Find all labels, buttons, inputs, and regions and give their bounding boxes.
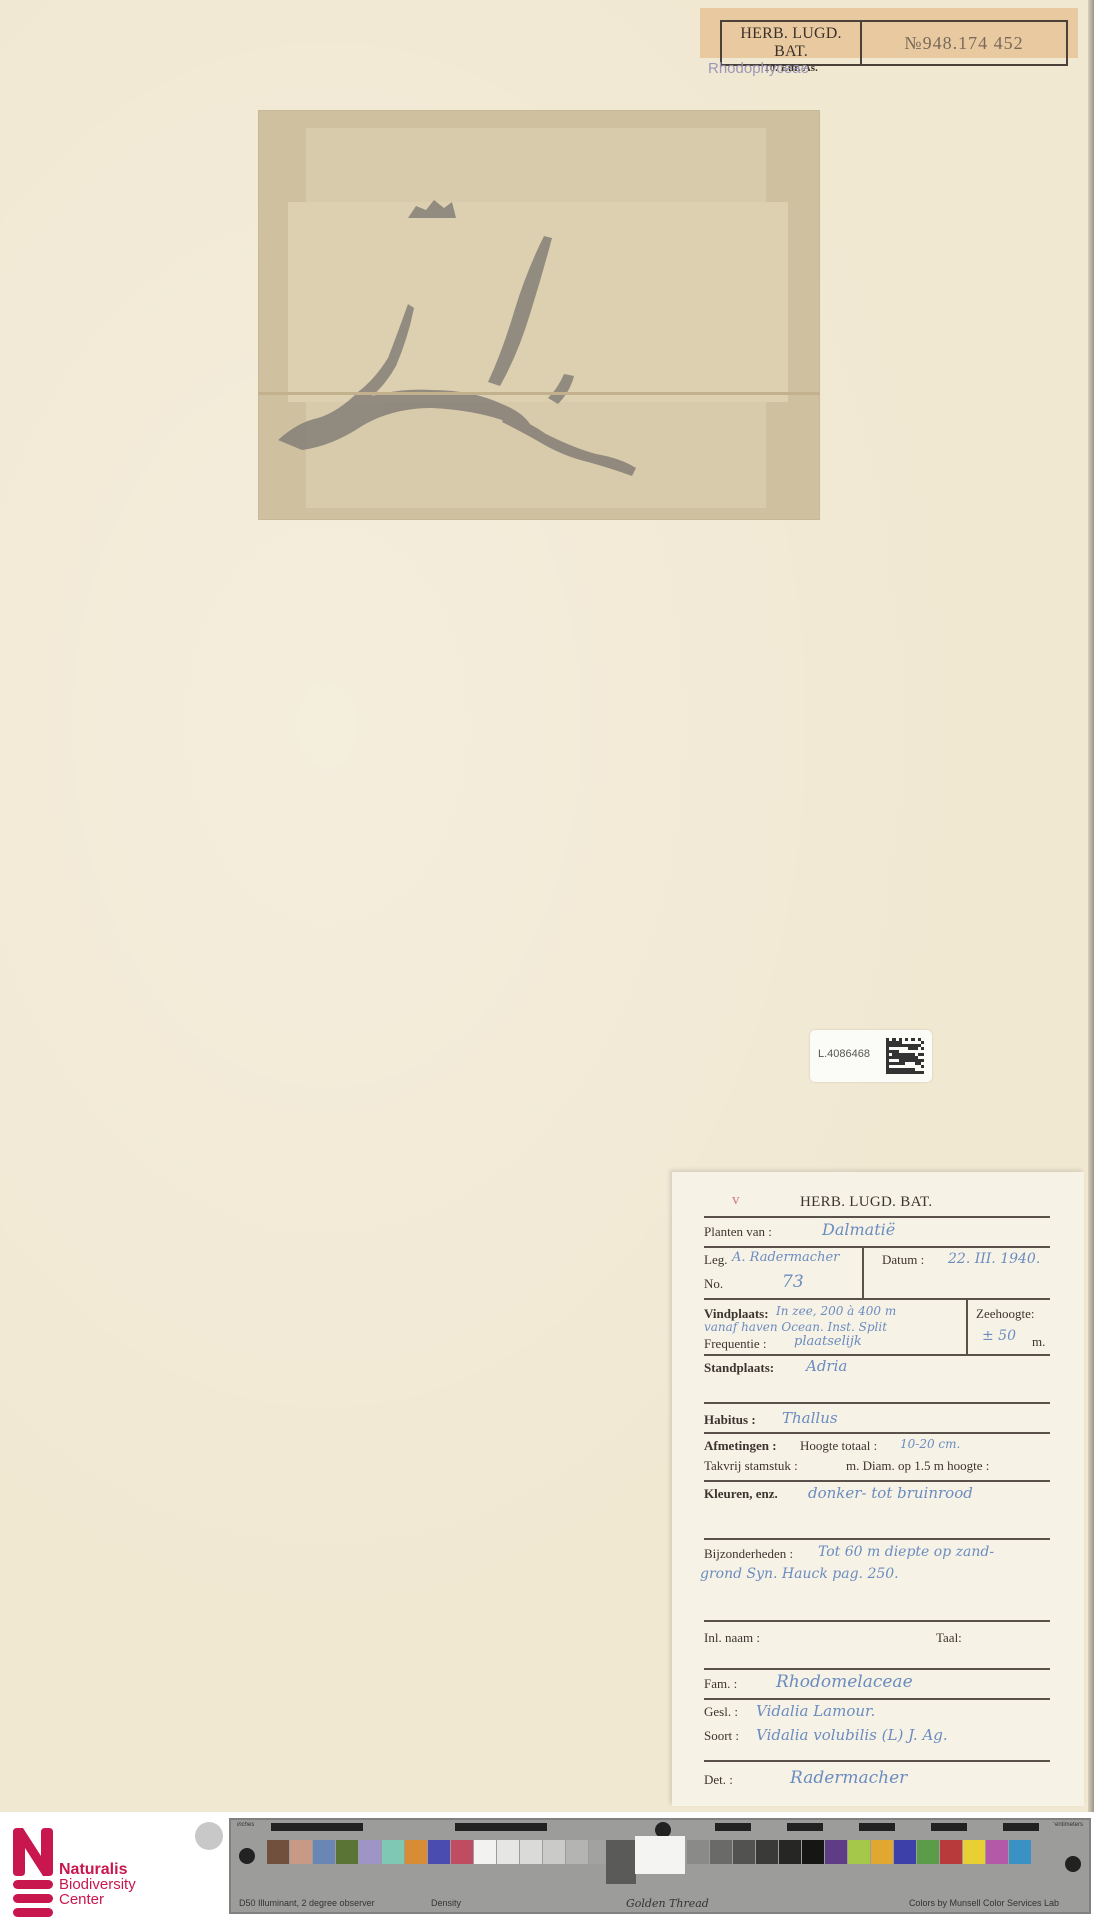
vindplaats-value-2: vanaf haven Ocean. Inst. Split	[704, 1320, 887, 1334]
color-patch-30	[1009, 1840, 1031, 1864]
registration-hole-left	[239, 1848, 255, 1864]
density-label: Density	[431, 1898, 461, 1908]
planten-van-label: Planten van :	[704, 1224, 772, 1240]
color-patch-17	[710, 1840, 732, 1864]
color-patch-26	[917, 1840, 939, 1864]
sheet-number: №948.174 452	[862, 22, 1066, 64]
no-value: 73	[782, 1272, 804, 1292]
standplaats-value: Adria	[806, 1357, 847, 1375]
color-patches-right	[687, 1840, 1032, 1864]
color-patch-16M	[687, 1840, 709, 1864]
leg-value: A. Radermacher	[732, 1250, 839, 1265]
bijzonderheden-value-2: grond Syn. Hauck pag. 250.	[700, 1566, 899, 1582]
habitus-label: Habitus :	[704, 1412, 756, 1428]
specimen-algae-image	[258, 110, 820, 520]
color-patch-5	[359, 1840, 381, 1864]
soort-value: Vidalia volubilis (L) J. Ag.	[756, 1726, 948, 1744]
datum-value: 22. III. 1940.	[948, 1251, 1040, 1267]
naturalis-n-icon	[13, 1828, 53, 1876]
bijzonderheden-label: Bijzonderheden :	[704, 1546, 793, 1562]
fam-label: Fam. :	[704, 1676, 737, 1692]
color-patch-23	[848, 1840, 870, 1864]
hoogte-label: Hoogte totaal :	[800, 1438, 877, 1454]
frequentie-value: plaatselijk	[794, 1334, 862, 1349]
taal-label: Taal:	[936, 1630, 962, 1646]
color-calibration-bar: inches centimeters D50 Illuminant, 2 deg…	[229, 1818, 1091, 1914]
soort-label: Soort :	[704, 1728, 739, 1744]
gesl-label: Gesl. :	[704, 1704, 738, 1720]
specimen-packet	[258, 110, 820, 520]
color-patch-19	[756, 1840, 778, 1864]
munsell-credit: Colors by Munsell Color Services Lab	[909, 1898, 1059, 1908]
barcode-number: L.4086468	[818, 1048, 870, 1060]
color-patch-24	[871, 1840, 893, 1864]
color-patch-2	[290, 1840, 312, 1864]
diam-label: m. Diam. op 1.5 m hoogte :	[846, 1458, 989, 1474]
color-patch-12	[520, 1840, 542, 1864]
gesl-value: Vidalia Lamour.	[756, 1702, 875, 1720]
color-patch-8	[428, 1840, 450, 1864]
zeehoogte-unit: m.	[1032, 1334, 1045, 1350]
det-value: Radermacher	[790, 1768, 907, 1788]
color-patch-3	[313, 1840, 335, 1864]
hoogte-value: 10-20 cm.	[900, 1437, 960, 1451]
color-patch-13	[543, 1840, 565, 1864]
vindplaats-value-1: In zee, 200 à 400 m	[776, 1304, 896, 1318]
gray-wedge	[606, 1840, 636, 1884]
label-title: HERB. LUGD. BAT.	[800, 1194, 932, 1211]
kleuren-value: donker- tot bruinrood	[808, 1484, 973, 1502]
bijzonderheden-value-1: Tot 60 m diepte op zand-	[818, 1544, 994, 1560]
kleuren-label: Kleuren, enz.	[704, 1486, 778, 1502]
color-patch-29	[986, 1840, 1008, 1864]
fam-value: Rhodomelaceae	[776, 1672, 913, 1692]
color-patch-18B	[733, 1840, 755, 1864]
color-patches-left	[267, 1840, 612, 1864]
logo-line-2: Biodiversity	[59, 1877, 136, 1892]
footer: Naturalis Biodiversity Center inches cen…	[0, 1812, 1094, 1920]
color-patch-7	[405, 1840, 427, 1864]
check-mark: v	[732, 1192, 740, 1209]
specimen-label: v HERB. LUGD. BAT. Planten van : Dalmati…	[672, 1172, 1084, 1806]
color-patch-25	[894, 1840, 916, 1864]
color-patch-27	[940, 1840, 962, 1864]
zeehoogte-label: Zeehoogte:	[976, 1306, 1034, 1322]
logo-line-1: Naturalis	[59, 1862, 136, 1877]
color-patch-10	[474, 1840, 496, 1864]
taxon-stamp: Rhodophyceae	[708, 60, 809, 77]
resolution-target	[635, 1836, 685, 1874]
datamatrix-code-icon	[886, 1038, 924, 1074]
cm-ruler	[715, 1823, 1055, 1831]
color-patch-21	[802, 1840, 824, 1864]
frequentie-label: Frequentie :	[704, 1336, 766, 1352]
inl-naam-label: Inl. naam :	[704, 1630, 760, 1646]
color-patch-6	[382, 1840, 404, 1864]
planten-van-value: Dalmatië	[822, 1220, 895, 1239]
habitus-value: Thallus	[782, 1409, 838, 1427]
datum-label: Datum :	[882, 1252, 924, 1268]
barcode-label: L.4086468	[810, 1030, 932, 1082]
inch-ruler	[271, 1823, 611, 1831]
no-label: No.	[704, 1276, 723, 1292]
leg-label: Leg.	[704, 1252, 727, 1268]
takvrij-label: Takvrij stamstuk :	[704, 1458, 798, 1474]
color-patch-1	[267, 1840, 289, 1864]
color-patch-14	[566, 1840, 588, 1864]
registration-hole-right	[1065, 1856, 1081, 1872]
herbarium-sheet: HERB. LUGD. BAT. 10. Eur. As. №948.174 4…	[0, 0, 1090, 1812]
afmetingen-label: Afmetingen :	[704, 1438, 777, 1454]
institution-name: HERB. LUGD. BAT.	[722, 25, 860, 61]
color-patch-20	[779, 1840, 801, 1864]
color-patch-11A	[497, 1840, 519, 1864]
det-label: Det. :	[704, 1772, 733, 1788]
color-patch-9	[451, 1840, 473, 1864]
header-label: HERB. LUGD. BAT. 10. Eur. As. №948.174 4…	[700, 8, 1078, 58]
gray-reference-dot	[195, 1822, 223, 1850]
color-patch-4	[336, 1840, 358, 1864]
units-centimeters: centimeters	[1052, 1822, 1083, 1828]
illuminant-note: D50 Illuminant, 2 degree observer	[239, 1898, 375, 1908]
color-patch-22	[825, 1840, 847, 1864]
golden-thread-brand: Golden Thread	[626, 1897, 709, 1910]
units-inches: inches	[237, 1822, 254, 1828]
logo-line-3: Center	[59, 1892, 136, 1907]
sheet-edge-shadow	[1088, 0, 1094, 1812]
zeehoogte-value: ± 50	[982, 1328, 1016, 1344]
standplaats-label: Standplaats:	[704, 1360, 774, 1376]
color-patch-28	[963, 1840, 985, 1864]
